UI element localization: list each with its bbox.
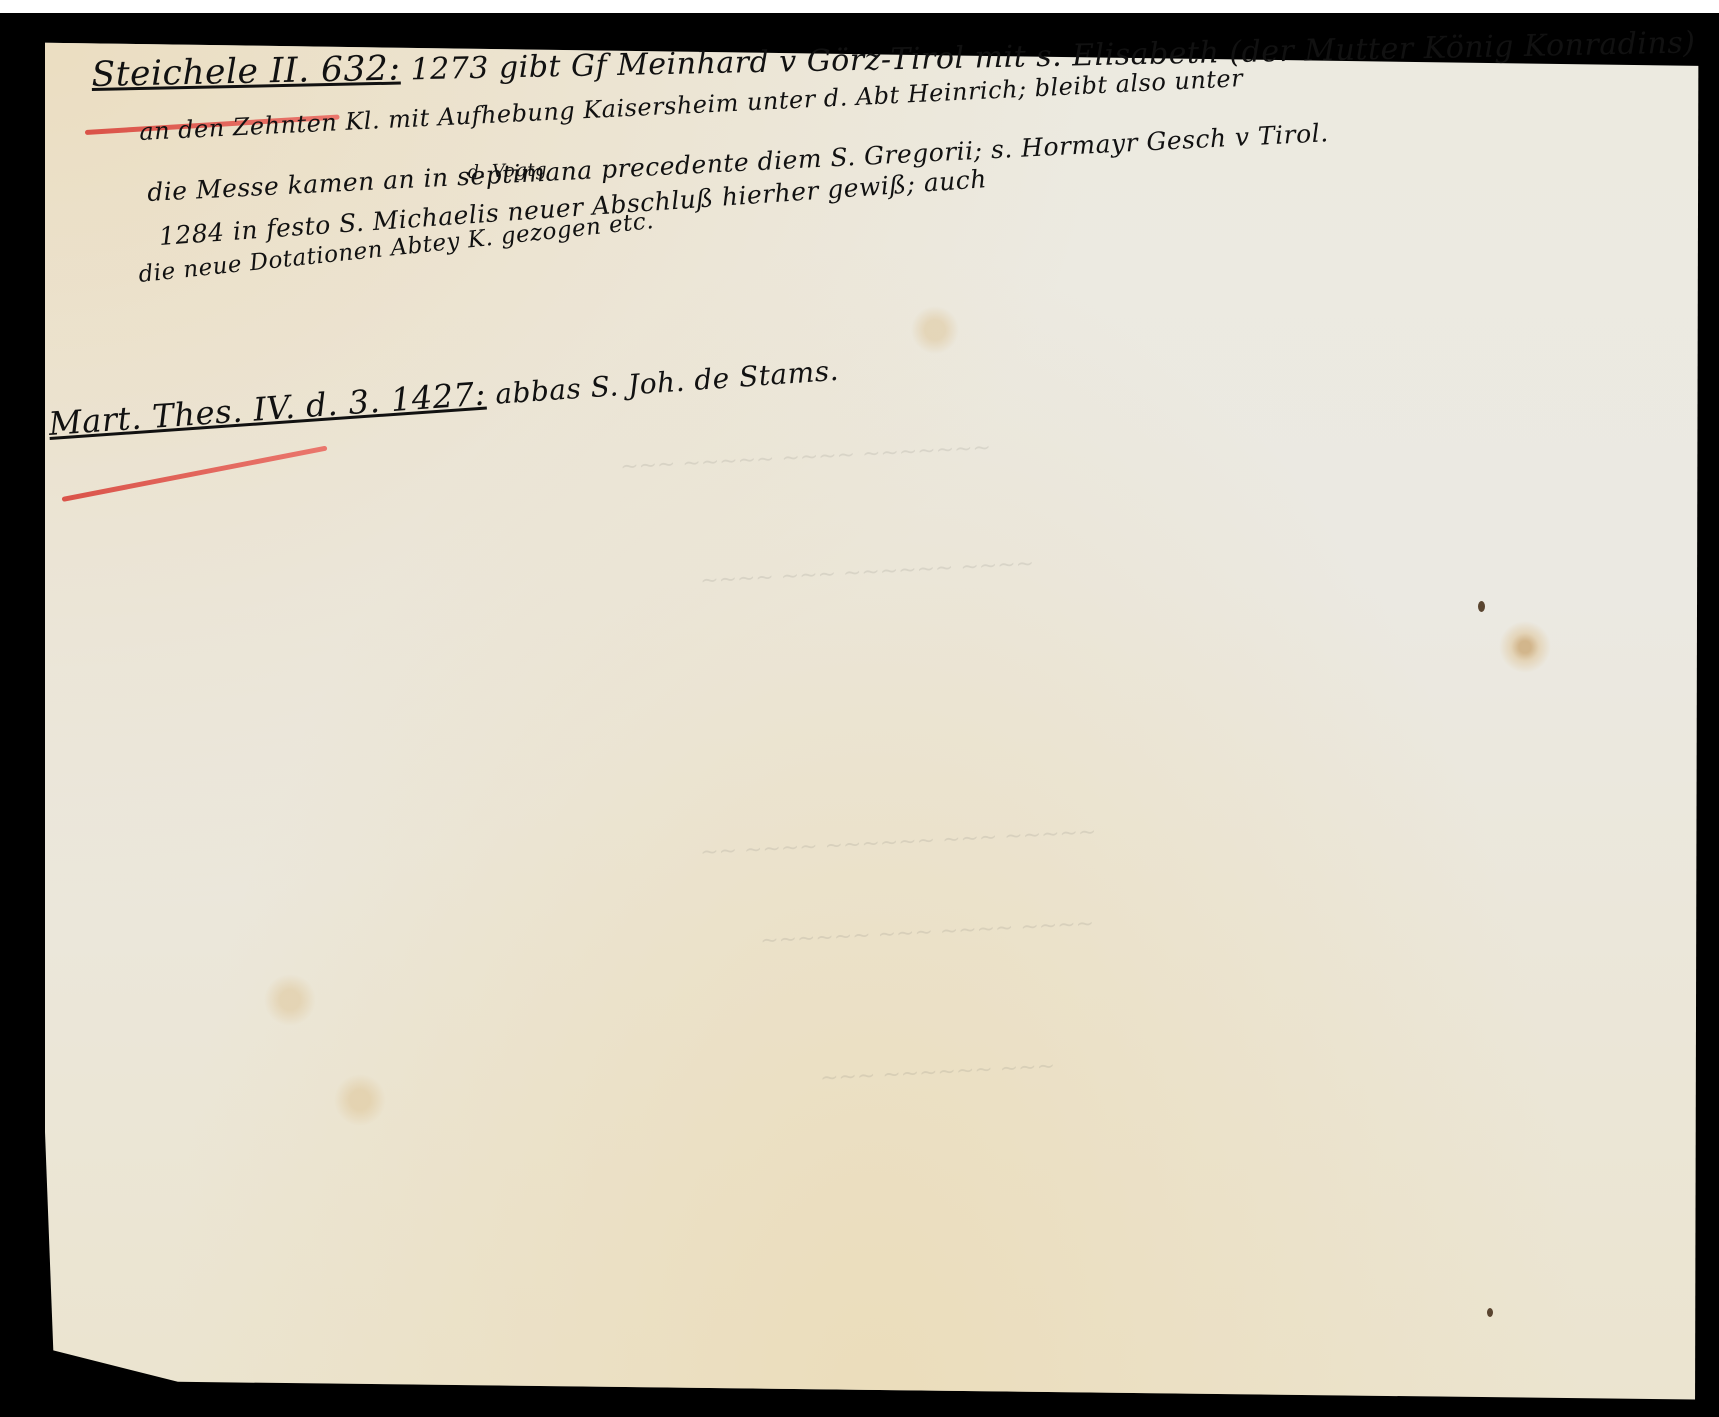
ink-speck [1478, 601, 1485, 612]
citation-steichele: Steichele II. 632: [91, 49, 401, 95]
ink-speck [1487, 1308, 1493, 1317]
